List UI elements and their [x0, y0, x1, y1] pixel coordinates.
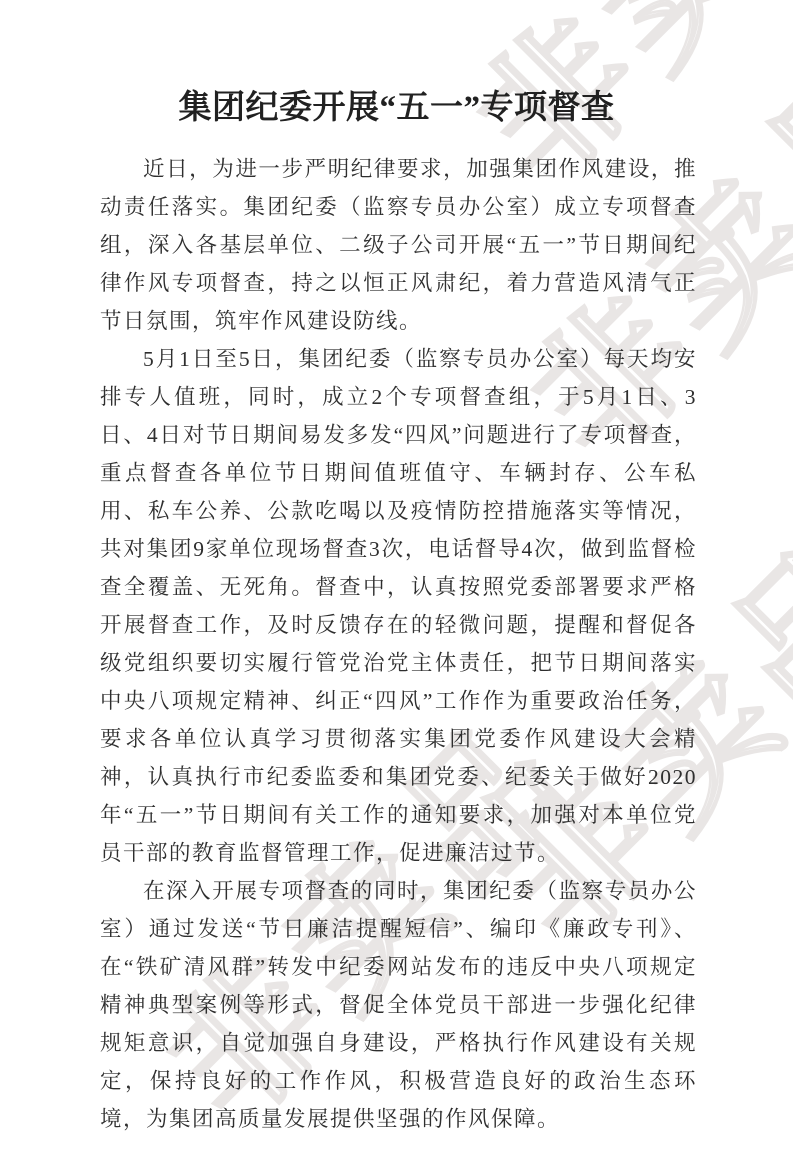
article-content: 近日，为进一步严明纪律要求，加强集团作风建设，推动责任落实。集团纪委（监察专员办…	[100, 150, 697, 1138]
page-title: 集团纪委开展“五一”专项督查	[60, 86, 733, 131]
document-page: 非卖品 非卖品 非卖品 非卖品 集团纪委开展“五一”专项督查 近日，为进一步严明…	[0, 0, 793, 1168]
document-body: 集团纪委开展“五一”专项督查 近日，为进一步严明纪律要求，加强集团作风建设，推动…	[0, 86, 793, 1138]
paragraph: 在深入开展专项督查的同时，集团纪委（监察专员办公室）通过发送“节日廉洁提醒短信”…	[100, 872, 697, 1138]
paragraph: 5月1日至5日，集团纪委（监察专员办公室）每天均安排专人值班，同时，成立2个专项…	[100, 340, 697, 872]
paragraph: 近日，为进一步严明纪律要求，加强集团作风建设，推动责任落实。集团纪委（监察专员办…	[100, 150, 697, 340]
